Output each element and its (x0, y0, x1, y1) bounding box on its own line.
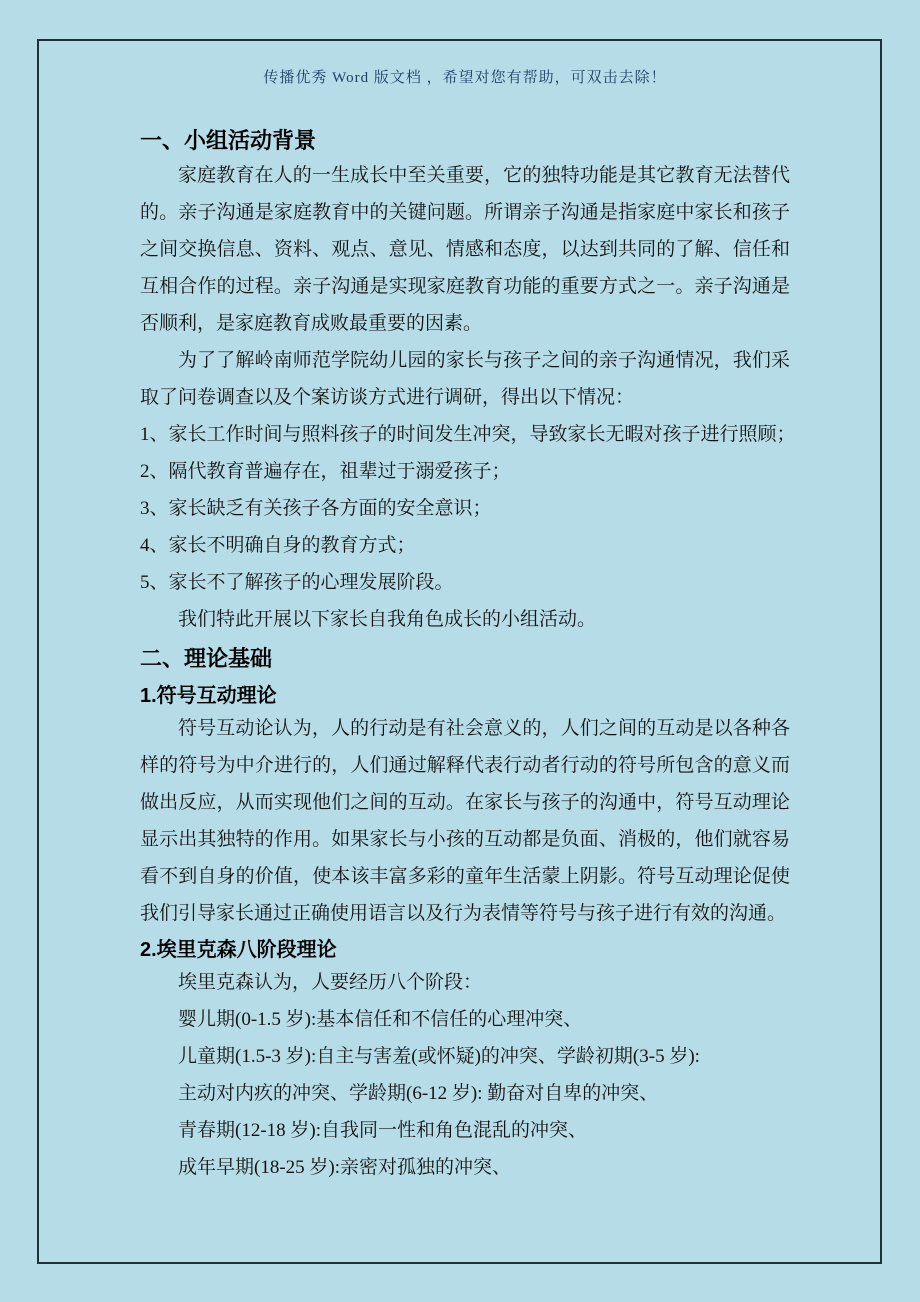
para-symbolic-interaction: 符号互动论认为，人的行动是有社会意义的，人们之间的互动是以各种各样的符号为中介进… (140, 710, 790, 932)
erikson-intro-line: 埃里克森认为，人要经历八个阶段： (140, 964, 790, 1001)
para-survey-intro: 为了了解岭南师范学院幼儿园的家长与孩子之间的亲子沟通情况，我们采取了问卷调查以及… (140, 342, 790, 416)
stage-line-early-adult: 成年早期(18-25 岁):亲密对孤独的冲突、 (140, 1149, 790, 1186)
section1-heading: 一、小组活动背景 (140, 125, 790, 157)
page-frame: 传播优秀 Word 版文档 ，希望对您有帮助，可双击去除！ 一、小组活动背景 家… (37, 39, 882, 1264)
sub1-heading: 1.符号互动理论 (140, 682, 790, 710)
sub2-heading: 2.埃里克森八阶段理论 (140, 936, 790, 964)
closing-line: 我们特此开展以下家长自我角色成长的小组活动。 (140, 601, 790, 638)
stage-line-school-age: 主动对内疚的冲突、学龄期(6-12 岁): 勤奋对自卑的冲突、 (140, 1075, 790, 1112)
header-note[interactable]: 传播优秀 Word 版文档 ，希望对您有帮助，可双击去除！ (140, 67, 790, 89)
finding-item-4: 4、家长不明确自身的教育方式； (140, 527, 790, 564)
para-family-education: 家庭教育在人的一生成长中至关重要，它的独特功能是其它教育无法替代的。亲子沟通是家… (140, 157, 790, 342)
stage-line-infant: 婴儿期(0-1.5 岁):基本信任和不信任的心理冲突、 (140, 1001, 790, 1038)
finding-item-5: 5、家长不了解孩子的心理发展阶段。 (140, 564, 790, 601)
finding-item-3: 3、家长缺乏有关孩子各方面的安全意识； (140, 490, 790, 527)
finding-item-2: 2、隔代教育普遍存在，祖辈过于溺爱孩子； (140, 453, 790, 490)
section2-heading: 二、理论基础 (140, 642, 790, 676)
stage-line-child: 儿童期(1.5-3 岁):自主与害羞(或怀疑)的冲突、学龄初期(3-5 岁): (140, 1038, 790, 1075)
stage-line-adolescence: 青春期(12-18 岁):自我同一性和角色混乱的冲突、 (140, 1112, 790, 1149)
finding-item-1: 1、家长工作时间与照料孩子的时间发生冲突，导致家长无暇对孩子进行照顾； (140, 416, 790, 453)
